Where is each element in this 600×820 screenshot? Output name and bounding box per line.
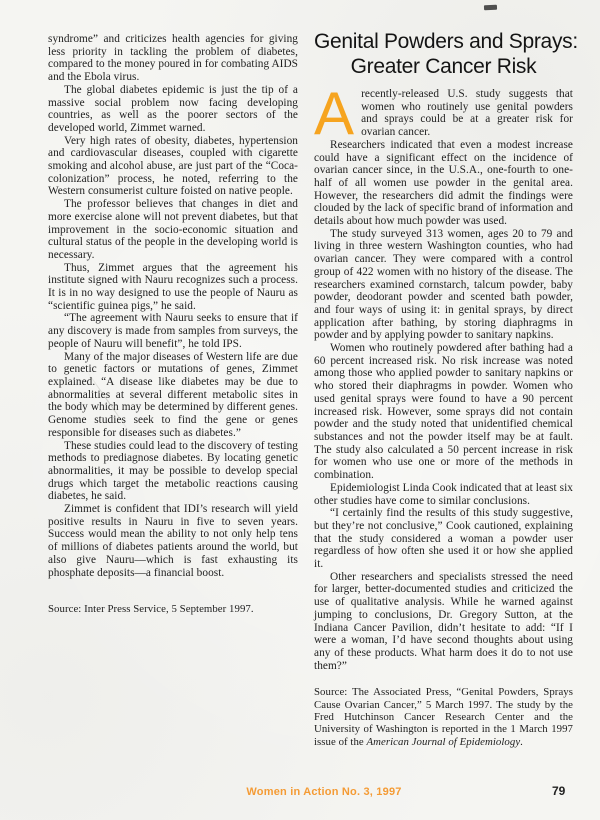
source-note: Source: The Associated Press, “Genital P… [314,686,573,747]
paragraph: Thus, Zimmet argues that the agreement h… [48,262,298,313]
left-column: syndrome” and criticizes health agencies… [48,33,298,616]
paragraph: “I certainly find the results of this st… [314,507,573,571]
paragraph: Zimmet is confident that IDI’s research … [48,503,298,579]
scan-artifact-mark [484,5,497,10]
lead-paragraph: Arecently-released U.S. study suggests t… [314,88,573,139]
paragraph: Many of the major diseases of Western li… [48,351,298,440]
footer-journal-title: Women in Action No. 3, 1997 [24,786,600,798]
paragraph: Very high rates of obesity, diabetes, hy… [48,135,298,199]
article-title-line2: Greater Cancer Risk [314,55,573,80]
drop-cap: A [314,90,354,138]
source-note-period: . [520,736,523,748]
footer-page-number: 79 [552,784,565,798]
lead-paragraph-text: recently-released U.S. study suggests th… [361,88,573,138]
paragraph: Women who routinely powdered after bathi… [314,342,573,482]
magazine-page: syndrome” and criticizes health agencies… [0,0,600,820]
source-note-journal-title: American Journal of Epidemiology [367,736,521,748]
article-title-line1: Genital Powders and Sprays: [314,30,573,55]
paragraph: The professor believes that changes in d… [48,198,298,262]
paragraph: Other researchers and specialists stress… [314,571,573,673]
paragraph: The study surveyed 313 women, ages 20 to… [314,228,573,342]
paragraph: The global diabetes epidemic is just the… [48,84,298,135]
paragraph: Researchers indicated that even a modest… [314,139,573,228]
right-column: Genital Powders and Sprays: Greater Canc… [314,30,573,748]
paragraph: “The agreement with Nauru seeks to ensur… [48,312,298,350]
paragraph: These studies could lead to the discover… [48,440,298,504]
source-note: Source: Inter Press Service, 5 September… [48,603,298,616]
article-title: Genital Powders and Sprays: Greater Canc… [314,30,573,79]
paragraph: Epidemiologist Linda Cook indicated that… [314,482,573,507]
paragraph: syndrome” and criticizes health agencies… [48,33,298,84]
